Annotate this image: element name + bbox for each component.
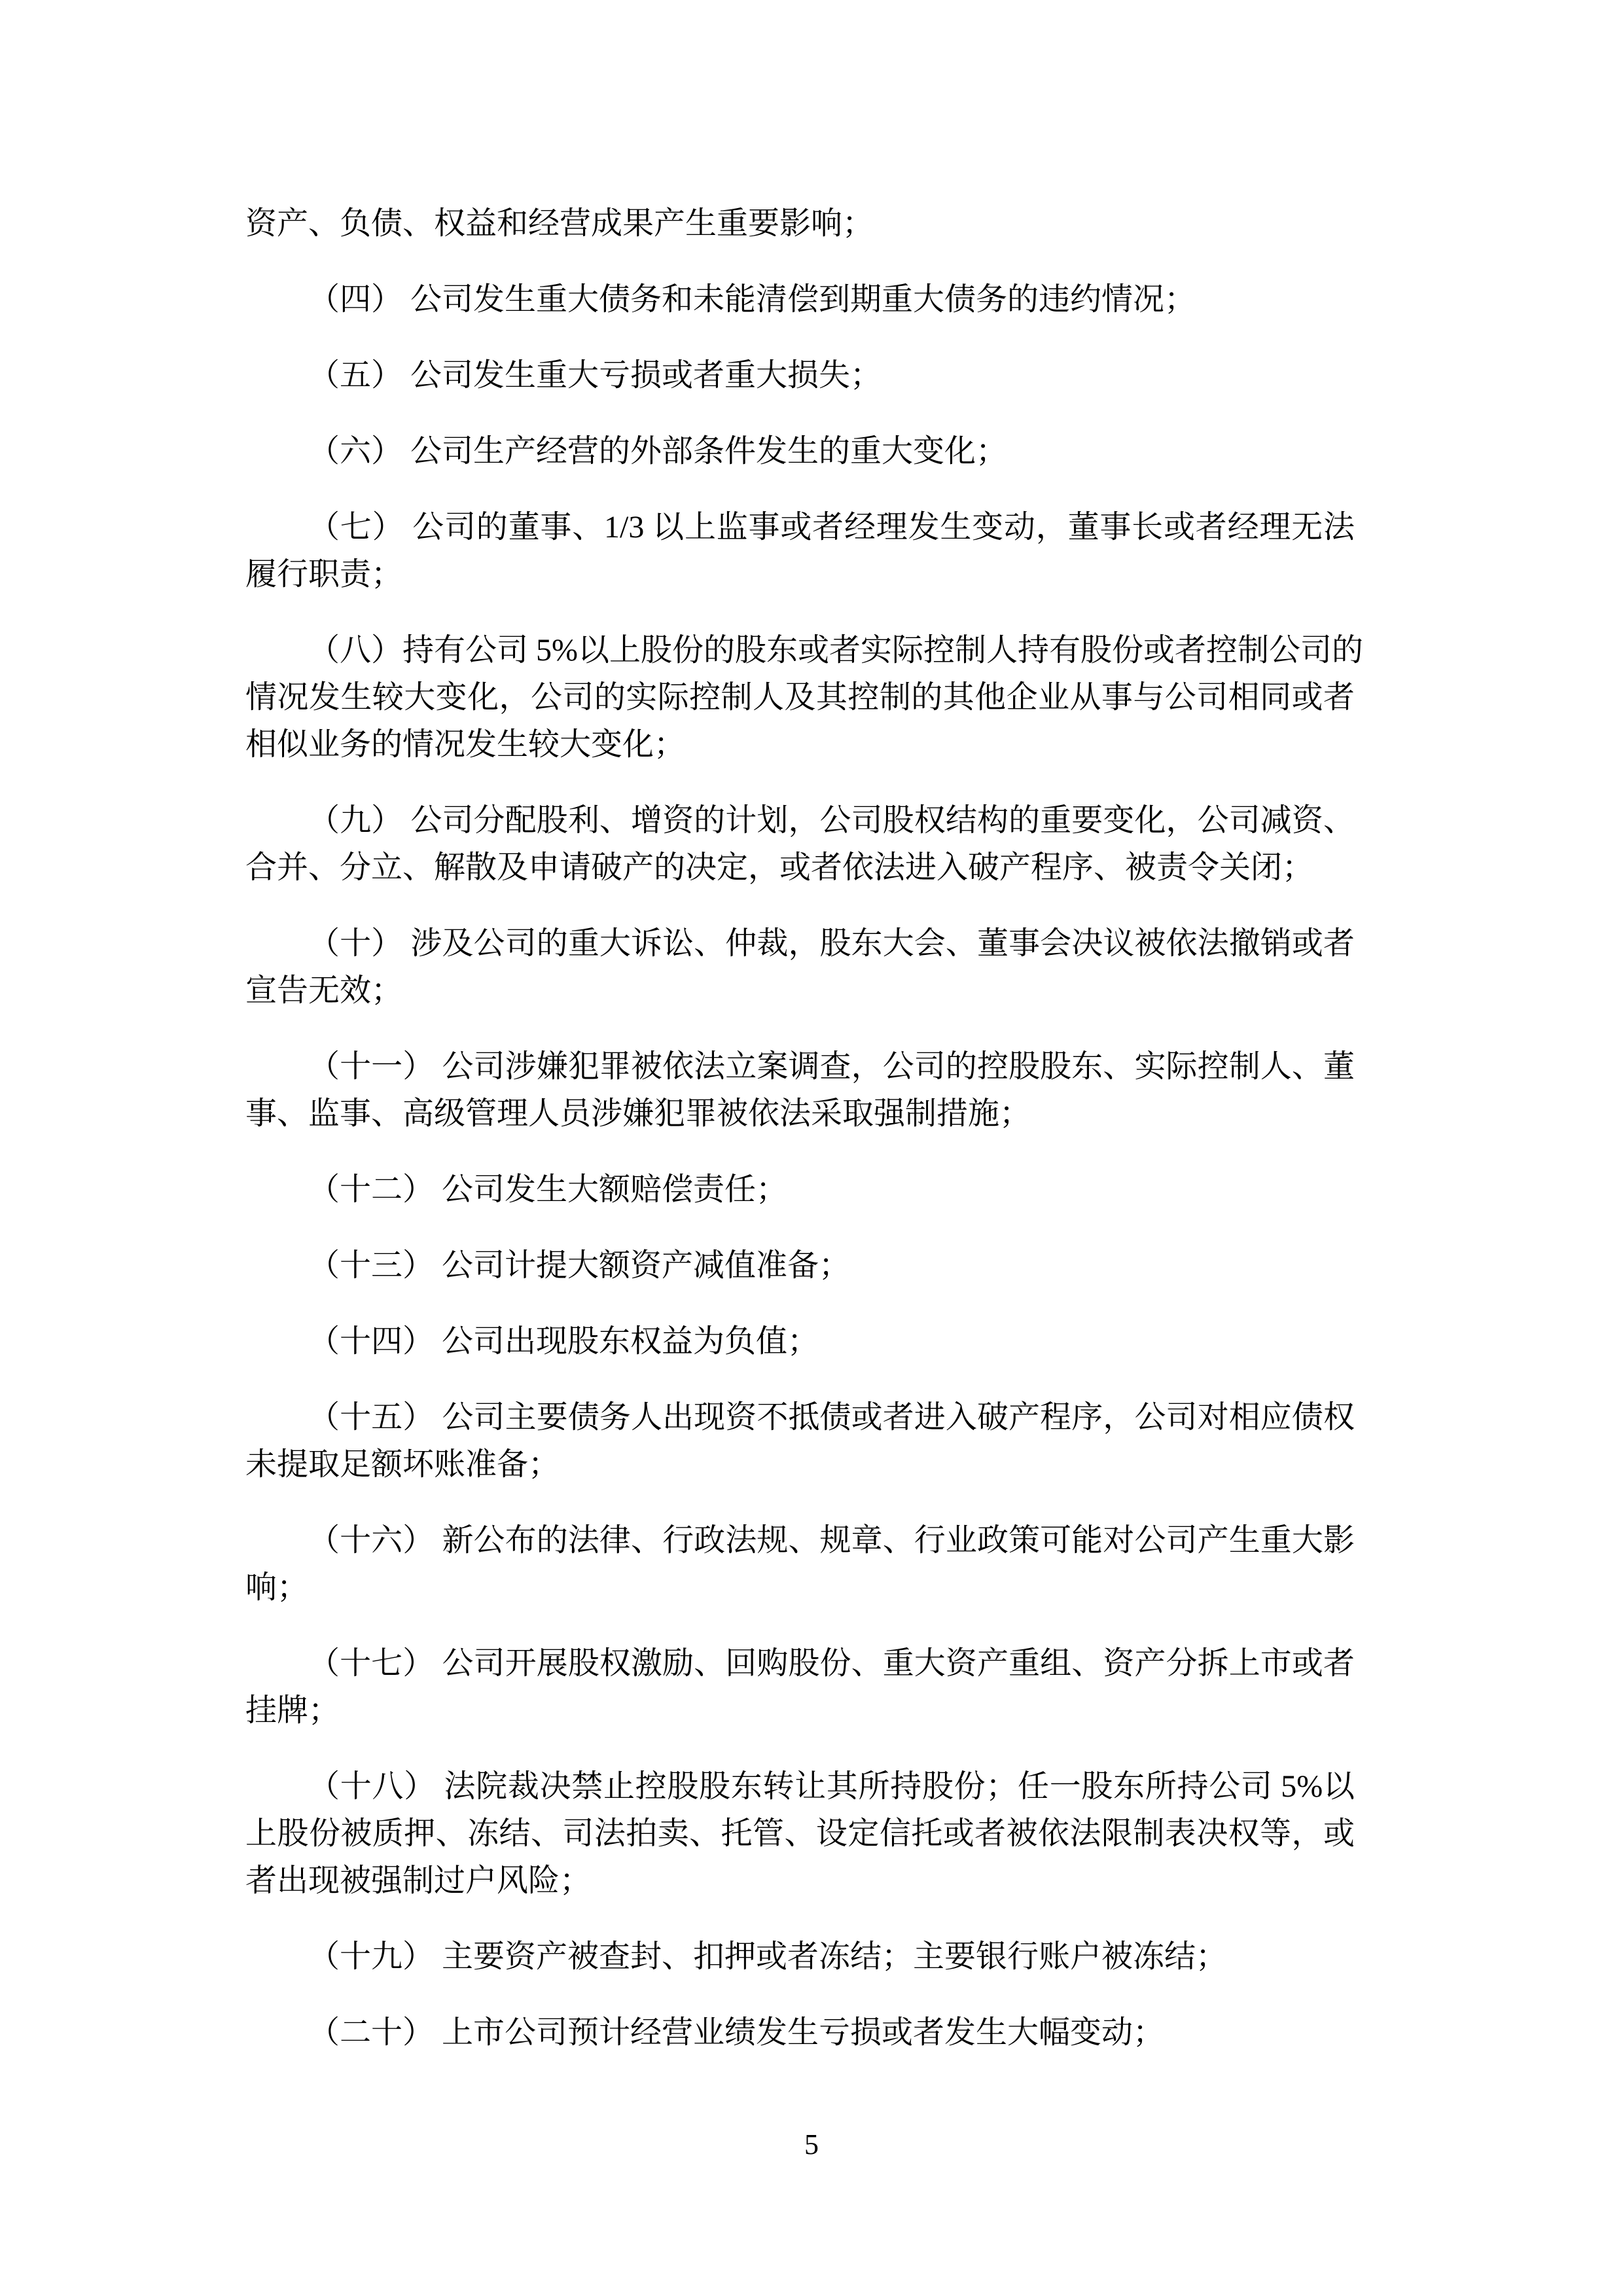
text-line: （十三） 公司计提大额资产减值准备； (245, 1242, 1355, 1289)
paragraph: （八）持有公司 5%以上股份的股东或者实际控制人持有股份或者控制公司的情况发生较… (245, 627, 1355, 768)
paragraph: （七） 公司的董事、1/3 以上监事或者经理发生变动，董事长或者经理无法履行职责… (245, 504, 1355, 598)
text-line: （五） 公司发生重大亏损或者重大损失； (245, 352, 1355, 399)
paragraph: （十六） 新公布的法律、行政法规、规章、行业政策可能对公司产生重大影响； (245, 1517, 1355, 1611)
text-line: （六） 公司生产经营的外部条件发生的重大变化； (245, 428, 1355, 475)
text-line: 挂牌； (245, 1687, 1355, 1734)
text-line: 合并、分立、解散及申请破产的决定，或者依法进入破产程序、被责令关闭； (245, 844, 1355, 891)
paragraph: （六） 公司生产经营的外部条件发生的重大变化； (245, 428, 1355, 475)
text-line: 响； (245, 1564, 1355, 1611)
page-number: 5 (0, 2128, 1623, 2162)
paragraph: （二十） 上市公司预计经营业绩发生亏损或者发生大幅变动； (245, 2009, 1355, 2056)
text-line: （十） 涉及公司的重大诉讼、仲裁，股东大会、董事会决议被依法撤销或者 (245, 920, 1355, 967)
text-line: （四） 公司发生重大债务和未能清偿到期重大债务的违约情况； (245, 276, 1355, 323)
paragraph: （十二） 公司发生大额赔偿责任； (245, 1166, 1355, 1213)
text-line: （十四） 公司出现股东权益为负值； (245, 1318, 1355, 1365)
paragraph: （十八） 法院裁决禁止控股股东转让其所持股份；任一股东所持公司 5%以上股份被质… (245, 1763, 1355, 1905)
text-line: （十六） 新公布的法律、行政法规、规章、行业政策可能对公司产生重大影 (245, 1517, 1355, 1564)
paragraph: （十三） 公司计提大额资产减值准备； (245, 1242, 1355, 1289)
text-line: （十五） 公司主要债务人出现资不抵债或者进入破产程序，公司对相应债权 (245, 1394, 1355, 1441)
text-line: （十七） 公司开展股权激励、回购股份、重大资产重组、资产分拆上市或者 (245, 1640, 1355, 1687)
text-line: （十一） 公司涉嫌犯罪被依法立案调查，公司的控股股东、实际控制人、董 (245, 1043, 1355, 1090)
text-line: （十九） 主要资产被查封、扣押或者冻结；主要银行账户被冻结； (245, 1933, 1355, 1981)
text-line: 相似业务的情况发生较大变化； (245, 721, 1355, 768)
text-line: （九） 公司分配股利、增资的计划，公司股权结构的重要变化，公司减资、 (245, 797, 1355, 844)
text-line: （十二） 公司发生大额赔偿责任； (245, 1166, 1355, 1213)
text-line: 上股份被质押、冻结、司法拍卖、托管、设定信托或者被依法限制表决权等，或 (245, 1810, 1355, 1857)
paragraph: （十） 涉及公司的重大诉讼、仲裁，股东大会、董事会决议被依法撤销或者宣告无效； (245, 920, 1355, 1014)
text-line: 者出现被强制过户风险； (245, 1857, 1355, 1905)
text-line: 宣告无效； (245, 967, 1355, 1014)
text-line: （七） 公司的董事、1/3 以上监事或者经理发生变动，董事长或者经理无法 (245, 504, 1355, 551)
text-line: （二十） 上市公司预计经营业绩发生亏损或者发生大幅变动； (245, 2009, 1355, 2056)
text-line: 事、监事、高级管理人员涉嫌犯罪被依法采取强制措施； (245, 1090, 1355, 1138)
paragraph: （十七） 公司开展股权激励、回购股份、重大资产重组、资产分拆上市或者挂牌； (245, 1640, 1355, 1734)
paragraph: （十四） 公司出现股东权益为负值； (245, 1318, 1355, 1365)
text-line: 情况发生较大变化，公司的实际控制人及其控制的其他企业从事与公司相同或者 (245, 674, 1355, 721)
text-line: （八）持有公司 5%以上股份的股东或者实际控制人持有股份或者控制公司的 (245, 627, 1355, 674)
paragraph: （四） 公司发生重大债务和未能清偿到期重大债务的违约情况； (245, 276, 1355, 323)
text-line: 未提取足额坏账准备； (245, 1441, 1355, 1488)
paragraph: （十九） 主要资产被查封、扣押或者冻结；主要银行账户被冻结； (245, 1933, 1355, 1981)
paragraph: 资产、负债、权益和经营成果产生重要影响； (245, 200, 1355, 247)
text-line: 履行职责； (245, 551, 1355, 598)
document-body-text: 资产、负债、权益和经营成果产生重要影响；（四） 公司发生重大债务和未能清偿到期重… (245, 200, 1355, 2056)
paragraph: （十一） 公司涉嫌犯罪被依法立案调查，公司的控股股东、实际控制人、董事、监事、高… (245, 1043, 1355, 1138)
paragraph: （九） 公司分配股利、增资的计划，公司股权结构的重要变化，公司减资、合并、分立、… (245, 797, 1355, 891)
paragraph: （十五） 公司主要债务人出现资不抵债或者进入破产程序，公司对相应债权未提取足额坏… (245, 1394, 1355, 1488)
text-line: 资产、负债、权益和经营成果产生重要影响； (245, 200, 1355, 247)
paragraph: （五） 公司发生重大亏损或者重大损失； (245, 352, 1355, 399)
document-page: 资产、负债、权益和经营成果产生重要影响；（四） 公司发生重大债务和未能清偿到期重… (0, 0, 1623, 2296)
text-line: （十八） 法院裁决禁止控股股东转让其所持股份；任一股东所持公司 5%以 (245, 1763, 1355, 1810)
